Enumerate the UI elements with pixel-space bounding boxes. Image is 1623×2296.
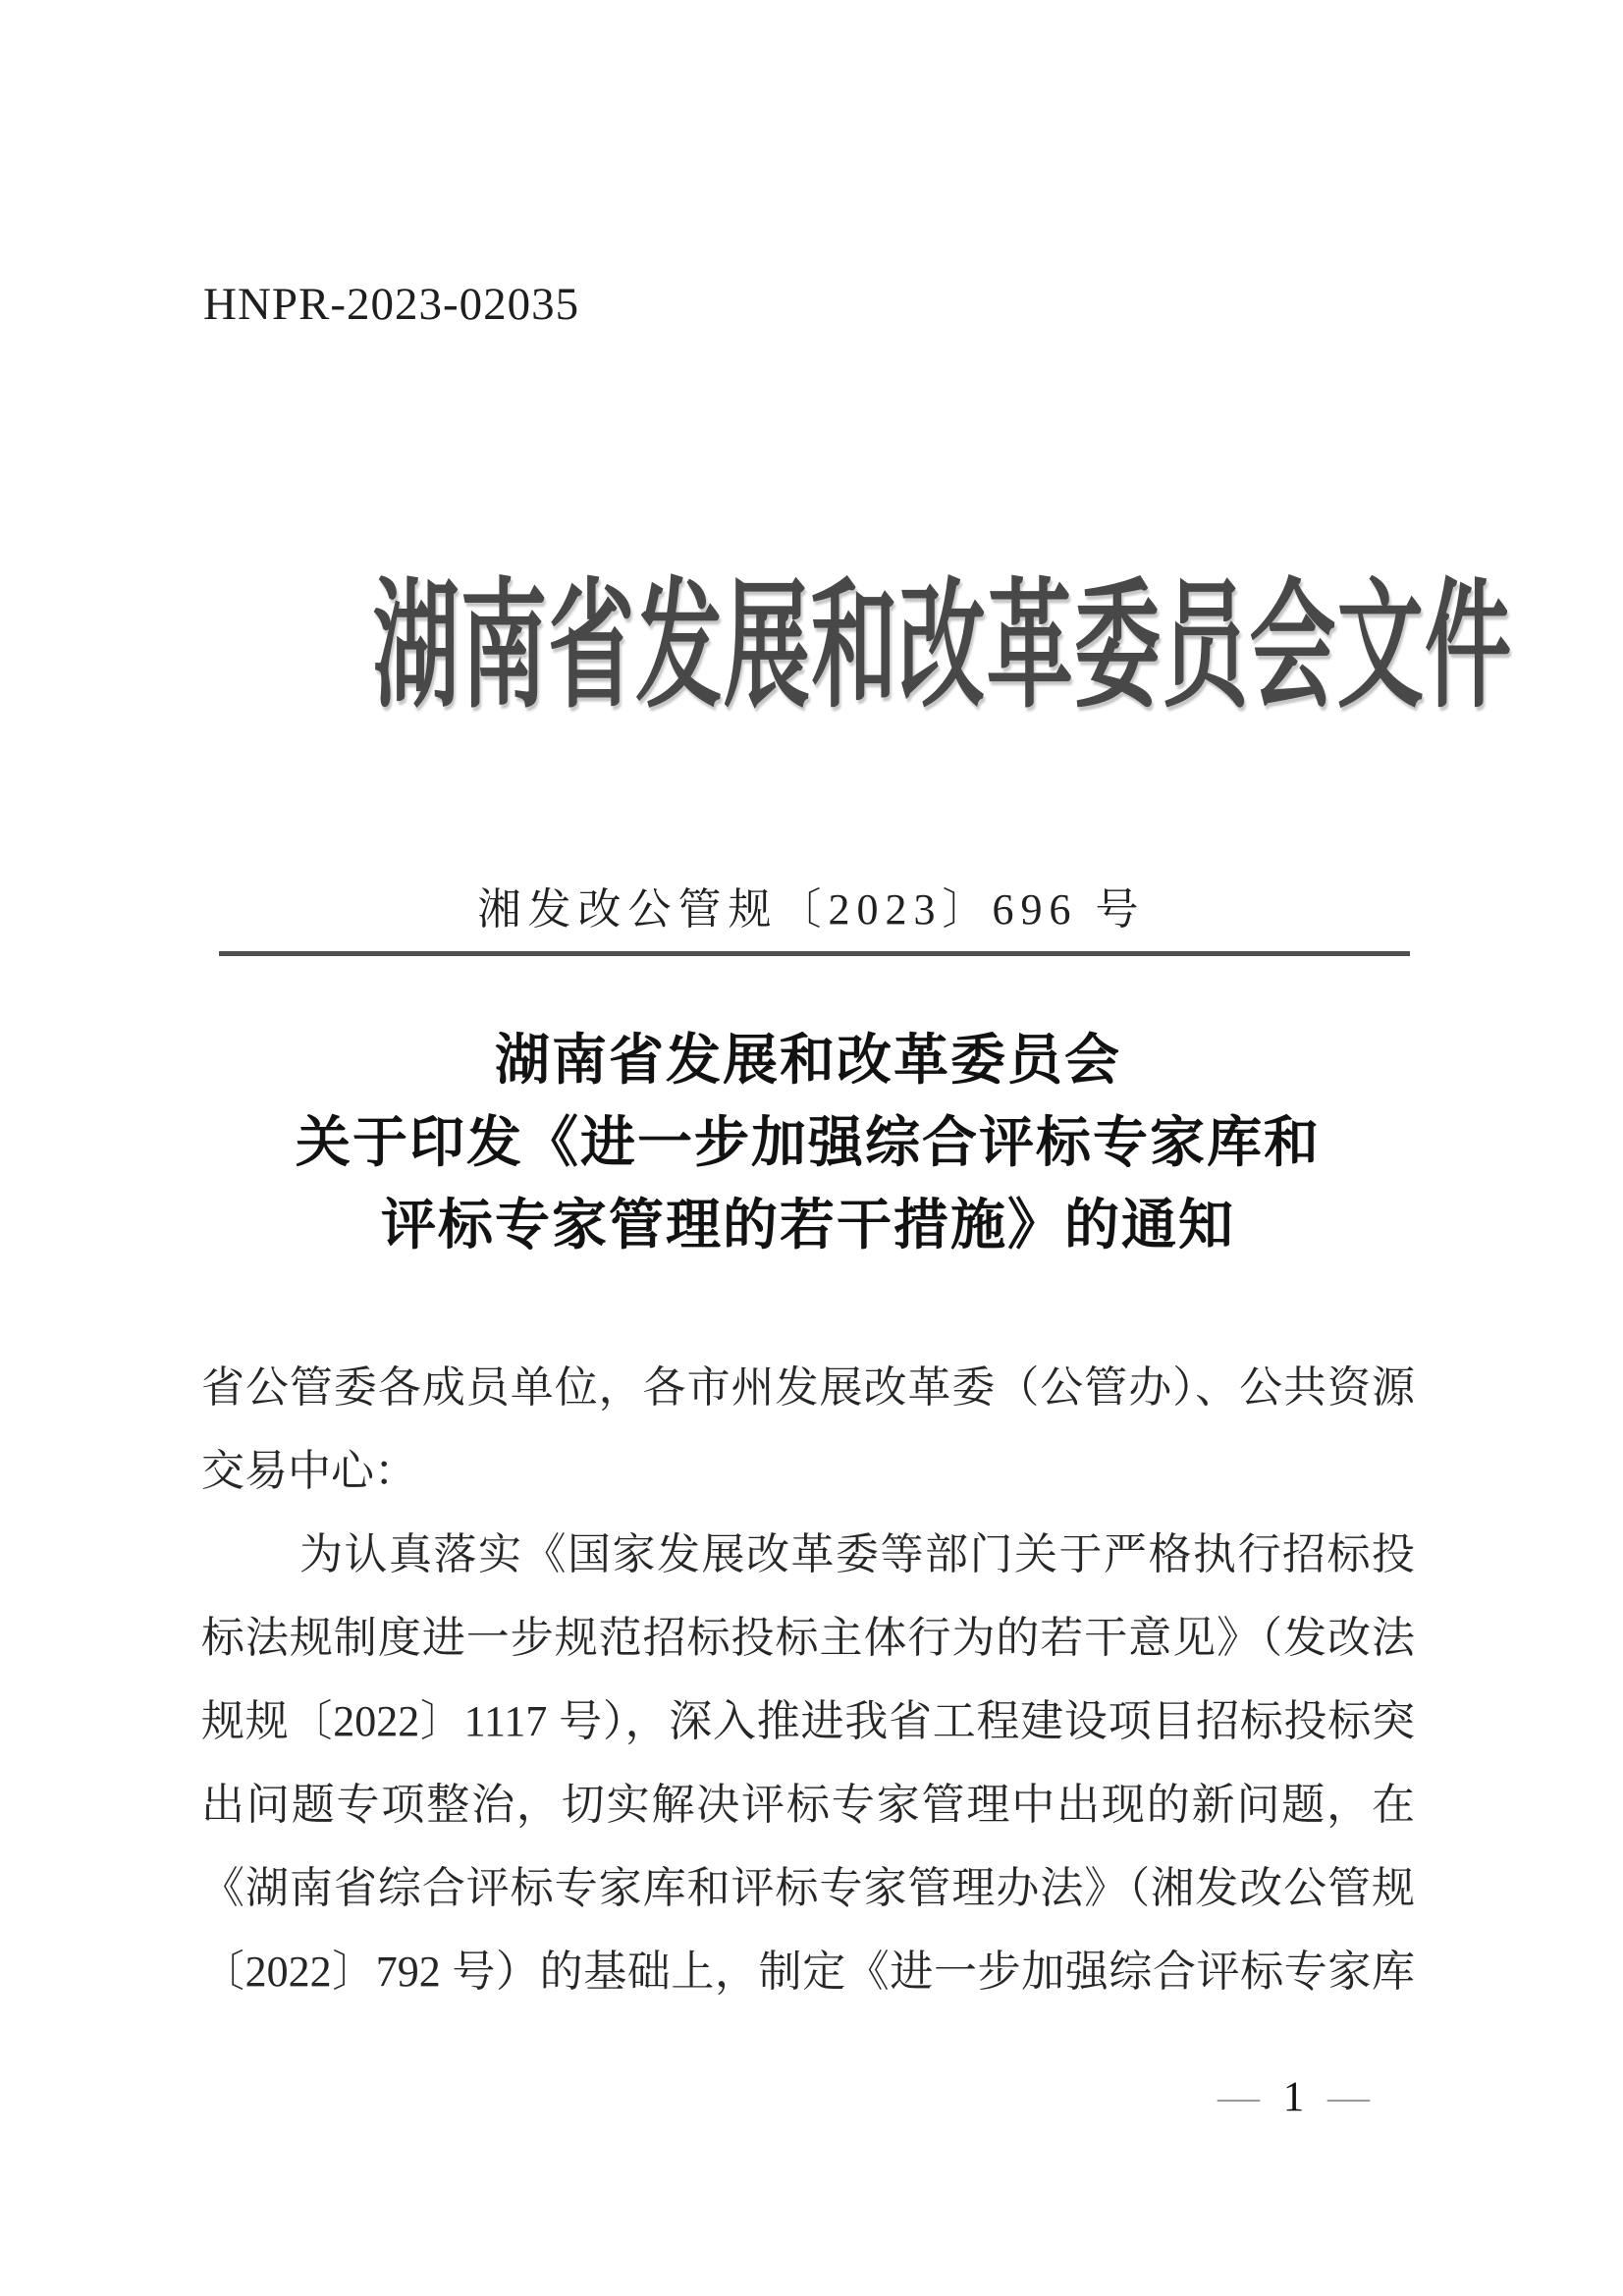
notice-title-line-2: 关于印发《进一步加强综合评标专家库和 (201, 1102, 1415, 1185)
body-line: 〔2022〕792 号）的基础上，制定《进一步加强综合评标专家库 (201, 1930, 1415, 2013)
document-reference-number: 湘发改公管规〔2023〕696 号 (0, 874, 1623, 936)
body-line: 标法规制度进一步规范招标投标主体行为的若干意见》（发改法 (201, 1596, 1415, 1680)
salutation-line: 省公管委各成员单位，各市州发展改革委（公管办）、公共资源 (201, 1346, 1415, 1429)
notice-title-line-3: 评标专家管理的若干措施》的通知 (201, 1185, 1415, 1267)
body-line: 《湖南省综合评标专家库和评标专家管理办法》（湘发改公管规 (201, 1846, 1415, 1930)
page-number-value: 1 (1283, 2074, 1305, 2120)
notice-title-line-1: 湖南省发展和改革委员会 (201, 1020, 1415, 1102)
regulation-registry-number: HNPR-2023-02035 (203, 278, 579, 331)
body-line: 出问题专项整治，切实解决评标专家管理中出现的新问题，在 (201, 1763, 1415, 1846)
body-line: 为认真落实《国家发展改革委等部门关于严格执行招标投 (201, 1513, 1415, 1596)
page-number-right-dash: — (1327, 2074, 1370, 2120)
salutation-line: 交易中心： (201, 1429, 1415, 1513)
letterhead-divider-rule (219, 951, 1410, 956)
letterhead-agency-title: 湖南省发展和改革委员会文件 (373, 572, 1513, 721)
notice-body: 省公管委各成员单位，各市州发展改革委（公管办）、公共资源 交易中心： 为认真落实… (201, 1346, 1415, 2013)
letterhead-banner: 湖南省发展和改革委员会文件 (0, 572, 1623, 721)
body-line: 规规〔2022〕1117 号），深入推进我省工程建设项目招标投标突 (201, 1680, 1415, 1763)
notice-title: 湖南省发展和改革委员会 关于印发《进一步加强综合评标专家库和 评标专家管理的若干… (201, 1020, 1415, 1267)
document-page: HNPR-2023-02035 湖南省发展和改革委员会文件 湘发改公管规〔202… (0, 0, 1623, 2296)
page-number: — 1 — (1217, 2073, 1370, 2121)
page-number-left-dash: — (1217, 2074, 1260, 2120)
